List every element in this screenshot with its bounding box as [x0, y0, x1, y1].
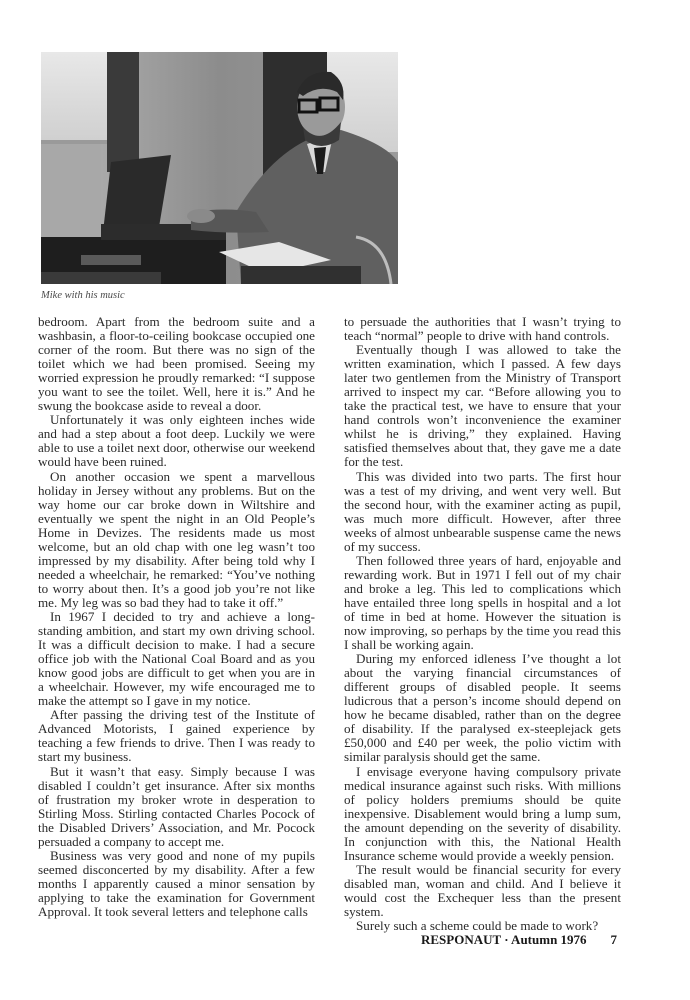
paragraph: Then followed three years of hard, enjoy… — [344, 554, 621, 652]
paragraph: I envisage everyone having compulsory pr… — [344, 765, 621, 863]
paragraph: Eventually though I was allowed to take … — [344, 343, 621, 469]
paragraph: The result would be financial security f… — [344, 863, 621, 919]
page-number: 7 — [611, 932, 618, 947]
photo-illustration — [41, 52, 398, 284]
paragraph: After passing the driving test of the In… — [38, 708, 315, 764]
paragraph: Business was very good and none of my pu… — [38, 849, 315, 919]
photo-caption: Mike with his music — [41, 290, 125, 301]
page-footer: RESPONAUT · Autumn 19767 — [421, 932, 617, 948]
article-column-left: bedroom. Apart from the bedroom suite an… — [38, 315, 315, 919]
article-column-right: to persuade the authorities that I wasn’… — [344, 315, 621, 933]
paragraph: During my enforced idleness I’ve thought… — [344, 652, 621, 764]
paragraph: bedroom. Apart from the bedroom suite an… — [38, 315, 315, 413]
paragraph: Unfortunately it was only eighteen inche… — [38, 413, 315, 469]
paragraph: In 1967 I decided to try and achieve a l… — [38, 610, 315, 708]
paragraph: to persuade the authorities that I wasn’… — [344, 315, 621, 343]
paragraph: Surely such a scheme could be made to wo… — [344, 919, 621, 933]
paragraph: On another occasion we spent a marvellou… — [38, 470, 315, 610]
paragraph: But it wasn’t that easy. Simply because … — [38, 765, 315, 849]
paragraph: This was divided into two parts. The fir… — [344, 470, 621, 554]
publication-name: RESPONAUT · Autumn 1976 — [421, 932, 587, 947]
article-photo — [41, 52, 398, 284]
